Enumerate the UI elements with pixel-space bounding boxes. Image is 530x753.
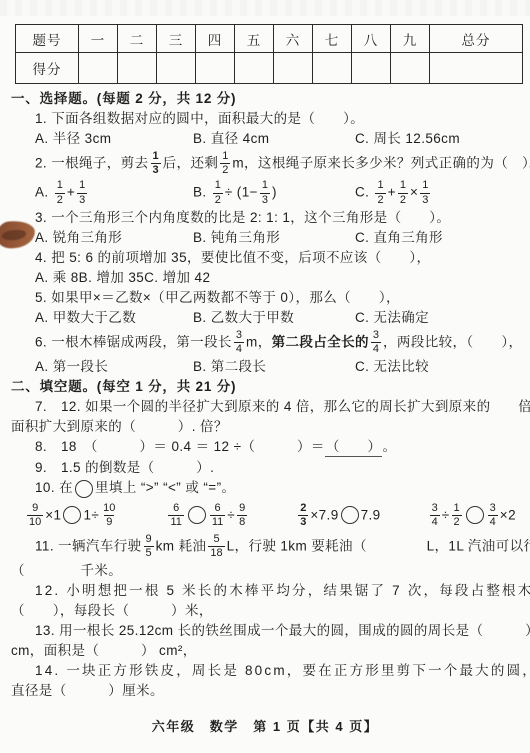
- q6-options: A. 第一段长B. 第二段长C. 无法比较: [11, 358, 520, 376]
- fraction: 23: [298, 502, 308, 529]
- score-table-score-row: 得分: [16, 53, 523, 84]
- option-column: C. 无法比较: [355, 358, 520, 376]
- comparison-circle-blank: [188, 506, 206, 524]
- scan-noise-band: [0, 0, 530, 16]
- q13-stem: 13. 用一根长 25.12cm 长的铁丝围成一个最大的圆，围成的圆的周长是（ …: [11, 622, 520, 640]
- q11-continuation: （ 千米。: [11, 562, 520, 580]
- q2-options: A. 12+13B. 12÷ (1−13)C. 12+12×13: [11, 179, 520, 206]
- score-header-cell: 四: [196, 25, 235, 53]
- q14-continuation: 直径是（ ）厘米。: [11, 682, 520, 700]
- option-column: 611611÷98: [166, 502, 249, 529]
- q10-stem: 10. 在里填上 “>” “<” 或 “=”。: [11, 479, 520, 497]
- comparison-circle-blank: [341, 506, 359, 524]
- q12-stem: 12. 小明想把一根 5 米长的木棒平均分，结果锯了 7 次，每段占整根木棒的: [11, 582, 520, 600]
- option-column: 23×7.97.9: [296, 502, 380, 529]
- fraction: 910: [27, 502, 43, 529]
- score-header-cell: 五: [235, 25, 274, 53]
- fraction: 13: [77, 179, 87, 206]
- score-cell: [313, 53, 352, 84]
- score-cell: [79, 53, 118, 84]
- q1-stem: 1. 下面各组数据对应的圆中，面积最大的是（ ）。: [11, 110, 520, 128]
- q13-continuation: cm，面积是（ ） cm²，: [11, 642, 520, 660]
- score-cell: [196, 53, 235, 84]
- q5-options: A. 甲数大于乙数B. 乙数大于甲数C. 无法确定: [11, 309, 520, 327]
- q7-continuation: 面积扩大到原来的（ ）. 倍？: [11, 418, 520, 436]
- fraction: 12: [213, 179, 223, 206]
- score-header-cell: 六: [274, 25, 313, 53]
- option-column: B. 乙数大于甲数: [193, 309, 355, 327]
- fraction: 12: [220, 150, 230, 177]
- option-column: C. 直角三角形: [355, 229, 520, 247]
- fraction: 109: [101, 502, 117, 529]
- option-column: B. 12÷ (1−13): [193, 179, 355, 206]
- fraction: 34: [430, 502, 440, 529]
- q1-options: A. 半径 3cmB. 直径 4cmC. 周长 12.56cm: [11, 130, 520, 148]
- score-table-header-row: 题号一二三四五六七八九总分: [16, 25, 523, 53]
- fraction: 34: [234, 329, 244, 356]
- score-header-cell: 九: [391, 25, 430, 53]
- q14-stem: 14. 一块正方形铁皮，周长是 80cm，要在正方形里剪下一个最大的圆，这个圆的: [11, 662, 520, 680]
- exam-body: 一、选择题。(每题 2 分，共 12 分)1. 下面各组数据对应的圆中，面积最大…: [11, 90, 520, 702]
- q10-comparisons: 910×11÷109611611÷9823×7.97.934÷1234×2: [11, 500, 520, 531]
- score-header-cell: 八: [352, 25, 391, 53]
- page-footer: 六年级 数学 第 1 页【共 4 页】: [0, 716, 530, 735]
- score-cell: [352, 53, 391, 84]
- score-header-cell: 题号: [16, 25, 79, 53]
- q6-stem: 6. 一根木棒锯成两段，第一段长34m，第二段占全长的34，两段比较，（ ），: [11, 329, 520, 356]
- q2-stem: 2. 一根绳子，剪去13后，还剩12m，这根绳子原来长多少米？列式正确的为（ ）…: [11, 150, 520, 177]
- fraction: 12: [452, 502, 462, 529]
- option-column: 34÷1234×2: [428, 502, 516, 529]
- fraction: 98: [237, 502, 247, 529]
- comparison-circle-blank: [63, 506, 81, 524]
- score-cell: [118, 53, 157, 84]
- option-column: C. 无法确定: [355, 309, 520, 327]
- option-column: A. 半径 3cm: [35, 130, 193, 148]
- fraction: 611: [210, 502, 225, 529]
- score-header-cell: 总分: [430, 25, 523, 53]
- fraction: 518: [208, 533, 224, 560]
- fraction: 13: [260, 179, 270, 206]
- option-column: A. 12+13: [35, 179, 193, 206]
- fraction: 34: [371, 329, 381, 356]
- q8-stem: 8. 18 （ ）＝ 0.4 ＝ 12 ÷（ ）＝（ ）。: [11, 438, 520, 457]
- option-column: A. 甲数大于乙数: [35, 309, 193, 327]
- fraction: 13: [151, 150, 161, 177]
- option-column: C. 周长 12.56cm: [355, 130, 520, 148]
- fraction: 12: [55, 179, 65, 206]
- score-header-cell: 二: [118, 25, 157, 53]
- option-column: B. 钝角三角形: [193, 229, 355, 247]
- score-cell: [157, 53, 196, 84]
- exam-page: 题号一二三四五六七八九总分 得分 一、选择题。(每题 2 分，共 12 分)1.…: [0, 0, 530, 753]
- q5-stem: 5. 如果甲×＝乙数×（甲乙两数都不等于 0），那么（ ），: [11, 289, 520, 307]
- comparison-circle-blank: [466, 506, 484, 524]
- score-table: 题号一二三四五六七八九总分 得分: [15, 24, 523, 84]
- q11-stem: 11. 一辆汽车行驶95km 耗油518L，行驶 1km 要耗油（ L，1L 汽…: [11, 533, 520, 560]
- score-cell: [235, 53, 274, 84]
- q12-continuation: （ ），每段长（ ）米，: [11, 602, 520, 620]
- score-header-cell: 七: [313, 25, 352, 53]
- fraction: 12: [398, 179, 408, 206]
- q9-stem: 9. 1.5 的倒数是（ ）.: [11, 459, 520, 477]
- q3-options: A. 锐角三角形B. 钝角三角形C. 直角三角形: [11, 229, 520, 247]
- underlined-blank: （ ）: [325, 438, 383, 457]
- score-header-cell: 一: [79, 25, 118, 53]
- fraction: 12: [375, 179, 385, 206]
- section-choice-heading: 一、选择题。(每题 2 分，共 12 分): [11, 90, 520, 108]
- fraction: 95: [144, 533, 154, 560]
- option-column: B. 第二段长: [193, 358, 355, 376]
- option-column: A. 第一段长: [35, 358, 193, 376]
- option-column: C. 12+12×13: [355, 179, 520, 206]
- section-fill-heading: 二、填空题。(每空 1 分，共 21 分): [11, 378, 520, 396]
- q4-stem: 4. 把 5: 6 的前项增加 35，要使比值不变，后项不应该（ ），: [11, 249, 520, 267]
- option-column: B. 直径 4cm: [193, 130, 355, 148]
- comparison-circle-blank: [75, 480, 93, 498]
- option-column: A. 锐角三角形: [35, 229, 193, 247]
- q3-stem: 3. 一个三角形三个内角度数的比是 2: 1: 1，这个三角形是（ ）。: [11, 209, 520, 227]
- fraction: 34: [488, 502, 498, 529]
- fraction: 611: [168, 502, 183, 529]
- q4-options: A. 乘 8B. 增加 35C. 增加 42: [11, 269, 520, 287]
- q7-stem: 7. 12. 如果一个圆的半径扩大到原来的 4 倍，那么它的周长扩大到原来的 倍…: [11, 398, 520, 416]
- fraction: 13: [420, 179, 430, 206]
- score-row-label: 得分: [16, 53, 79, 84]
- option-column: 910×11÷109: [25, 502, 119, 529]
- score-header-cell: 三: [157, 25, 196, 53]
- score-cell: [391, 53, 430, 84]
- score-cell: [430, 53, 523, 84]
- score-cell: [274, 53, 313, 84]
